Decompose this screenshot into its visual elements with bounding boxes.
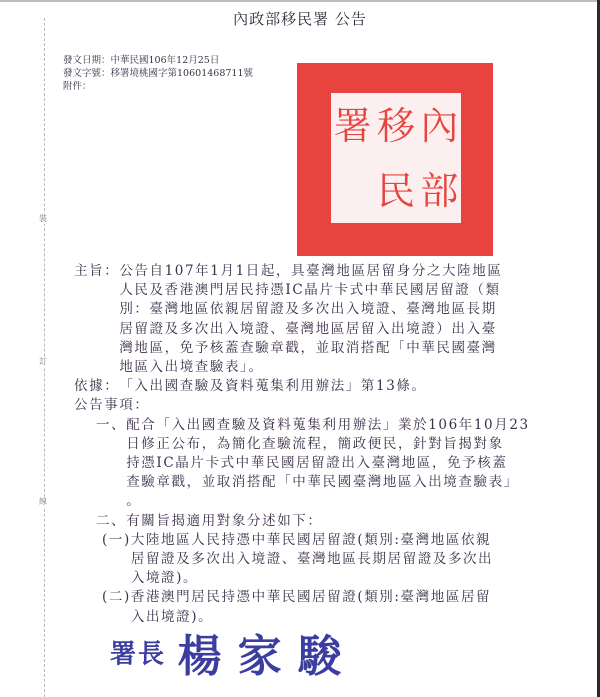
basis-section: 依據： 「入出國查驗及資料蒐集利用辦法」第13條。: [74, 377, 534, 396]
binding-mark-zhuang: 裝: [39, 214, 47, 224]
notice-item-1: 一、 配合「入出國查驗及資料蒐集利用辦法」業於106年10月23 日修正公布，為…: [74, 416, 534, 512]
notice-subitem-1: (一) 大陸地區人民持憑中華民國居留證(類別:臺灣地區依親 居留證及多次出入境證…: [74, 531, 534, 589]
item-marker: 一、: [96, 416, 126, 512]
subject-line: 人民及香港澳門居民持憑IC晶片卡式中華民國居留證（類: [119, 281, 534, 300]
item-marker: 二、: [96, 512, 126, 531]
subitem-line: 入境證)。: [131, 569, 534, 588]
item-line: 配合「入出國查驗及資料蒐集利用辦法」業於106年10月23: [126, 416, 534, 435]
binding-mark-xian: 線: [39, 497, 47, 507]
page-top-edge: [0, 0, 600, 2]
basis-text: 「入出國查驗及資料蒐集利用辦法」第13條。: [119, 377, 534, 396]
subject-line: 居留證及多次出入境證、臺灣地區居留入出境證）出入臺: [119, 320, 534, 339]
notice-items-label: 公告事項：: [74, 396, 534, 415]
notice-item-2: 二、 有關旨揭適用對象分述如下：: [74, 512, 534, 531]
subitem-line: 大陸地區人民持憑中華民國居留證(類別:臺灣地區依親: [131, 531, 534, 550]
issue-date: 發文日期：中華民國106年12月25日: [63, 54, 253, 67]
subitem-line: 香港澳門居民持憑中華民國居留證(類別:臺灣地區居留: [131, 588, 534, 607]
subject-line: 地區入出境查驗表」。: [119, 358, 534, 377]
binding-mark-ding: 訂: [39, 357, 47, 367]
subject-text: 公告自107年1月1日起，具臺灣地區居留身分之大陸地區 人民及香港澳門居民持憑I…: [119, 262, 534, 377]
attachment: 附件：: [63, 80, 253, 93]
item-line: 日修正公布，為簡化查驗流程，簡政便民，針對旨揭對象: [126, 435, 534, 454]
subject-section: 主旨： 公告自107年1月1日起，具臺灣地區居留身分之大陸地區 人民及香港澳門居…: [74, 262, 534, 377]
item-text: 有關旨揭適用對象分述如下：: [126, 512, 534, 531]
issue-date-value: 中華民國106年12月25日: [111, 55, 220, 66]
subject-label: 主旨：: [74, 262, 119, 377]
subitem-line: 居留證及多次出入境證、臺灣地區長期居留證及多次出: [131, 550, 534, 569]
signature-name: 楊家駿: [178, 631, 358, 682]
issue-date-label: 發文日期：: [63, 55, 111, 66]
document-body: 主旨： 公告自107年1月1日起，具臺灣地區居留身分之大陸地區 人民及香港澳門居…: [74, 262, 534, 627]
signature-block: 署長 楊家駿: [110, 620, 358, 684]
seal-char: 部: [418, 158, 461, 223]
seal-char: 民: [374, 158, 417, 223]
seal-char: 移: [374, 93, 417, 158]
subject-line: 公告自107年1月1日起，具臺灣地區居留身分之大陸地區: [119, 262, 534, 281]
item-text: 配合「入出國查驗及資料蒐集利用辦法」業於106年10月23 日修正公布，為簡化查…: [126, 416, 534, 512]
official-seal: 署 移 內 署 民 部: [297, 63, 493, 256]
item-line: 持憑IC晶片卡式中華民國居留證出入臺灣地區，免予核蓋: [126, 454, 534, 473]
subitem-text: 大陸地區人民持憑中華民國居留證(類別:臺灣地區依親 居留證及多次出入境證、臺灣地…: [131, 531, 534, 589]
subject-line: 別：臺灣地區依親居留證及多次出入境證、臺灣地區長期: [119, 300, 534, 319]
issue-number: 發文字號：移署境桃國字第10601468711號: [63, 67, 253, 80]
issue-number-label: 發文字號：: [63, 68, 111, 79]
seal-inner-square: 署 移 內 署 民 部: [331, 93, 461, 223]
subject-line: 灣地區，免予核蓋查驗章戳，並取消搭配「中華民國臺灣: [119, 339, 534, 358]
signature-title: 署長: [110, 640, 166, 670]
seal-char: 署: [331, 93, 374, 158]
document-meta: 發文日期：中華民國106年12月25日 發文字號：移署境桃國字第10601468…: [63, 54, 253, 93]
seal-char: 內: [418, 93, 461, 158]
item-line: 查驗章戳，並取消搭配「中華民國臺灣地區入出境查驗表」: [126, 473, 534, 492]
subitem-marker: (一): [102, 531, 131, 589]
issue-number-value: 移署境桃國字第10601468711號: [111, 68, 254, 79]
attachment-label: 附件：: [63, 81, 92, 92]
document-title: 內政部移民署 公告: [0, 8, 600, 29]
basis-label: 依據：: [74, 377, 119, 396]
item-line: 。: [126, 492, 534, 511]
